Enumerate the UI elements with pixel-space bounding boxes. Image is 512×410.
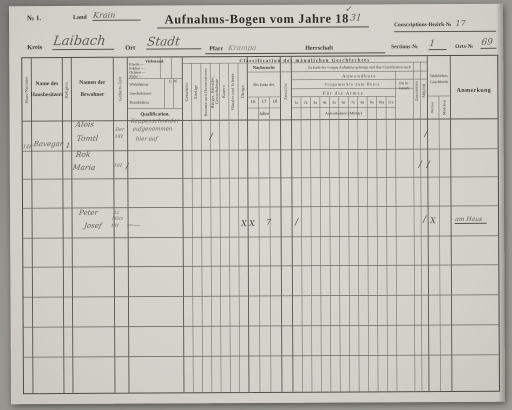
class-col-officials: Beamte und Honoratioren xyxy=(201,63,211,120)
nachwuchs-year-18: 18 xyxy=(269,100,280,105)
entry2-right-x: X xyxy=(430,216,436,225)
incurable-column: Bis In-kurante xyxy=(395,71,413,101)
kreis-value-handwritten: Laibach xyxy=(52,34,116,50)
entry2-seven-mark: 7 xyxy=(266,218,271,227)
land-label: Land xyxy=(73,15,87,21)
abgang-column: Abgang xyxy=(420,62,427,119)
kreis-label: Kreis xyxy=(27,44,42,51)
class-col-burghers: Bürger, Künstler, Gewerbsleute xyxy=(210,63,220,120)
nachwuchs-year-16: 16 xyxy=(247,100,258,105)
entry2-birth-line3: 181 xyxy=(111,223,120,228)
female-box-title: Weibliches Geschlecht xyxy=(428,64,449,94)
entry2-birth-line1: 12 xyxy=(114,210,120,215)
ort-label: Ort xyxy=(125,45,135,52)
zuwachs-column: Zuwachs xyxy=(280,63,291,120)
entry1-inhabitant-4: Maria xyxy=(72,163,96,172)
entry1-inhabitant-2: Tomtl xyxy=(76,134,99,143)
entry1-maria-tally-1: / xyxy=(419,160,422,170)
form-title: Aufnahms-Bogen vom Jahre 18 xyxy=(165,11,349,27)
scanned-form-sheet: № 1. Land Krain ✓ Aufnahms-Bogen vom Jah… xyxy=(9,4,505,405)
class-col-others: Übrige xyxy=(238,63,248,120)
age-class-7a: 7a xyxy=(348,100,357,104)
entry1-birth-line1: Der xyxy=(115,128,124,133)
entry2-inhabitant-2: Josef xyxy=(84,222,102,230)
age-class-4a: 4a xyxy=(320,100,329,104)
entry1-birth-line3: 181 xyxy=(114,164,123,169)
pfarr-label: Pfarr xyxy=(209,46,223,52)
nachwuchs-unit: Jahre xyxy=(247,108,280,120)
entry1-owner-name: Bavegar xyxy=(33,140,63,148)
building-subcolumn-letters: G. W. xyxy=(164,79,182,83)
class-col-nobles: Adelige xyxy=(192,63,202,120)
nachwuchs-subtitle: Bis Ende des xyxy=(248,72,279,97)
column-header-religion: Religion xyxy=(62,58,71,121)
age-class-5a: 5a xyxy=(329,100,338,104)
age-class-11a: 11a xyxy=(386,100,395,104)
age-class-3a: 3a xyxy=(310,100,319,104)
section-value-handwritten: 1 xyxy=(429,39,448,50)
building-row-ruins: Brandstätten xyxy=(129,98,163,107)
entry1-inhabitant-3: Rok xyxy=(75,150,91,159)
entry2-birth-line2: März xyxy=(112,216,124,221)
entry2-right-slash: / xyxy=(423,215,426,225)
female-col-girls: Mädchen xyxy=(439,96,451,119)
column-header-inhabitants: Namen der Bewohner xyxy=(71,66,113,113)
entry1-qualification-3: hier auf xyxy=(135,137,158,143)
conscription-district-value: 17 xyxy=(456,19,466,28)
entry1-birth-line2: 181 xyxy=(114,135,123,140)
entry1-qualification-1: Kappenschneider xyxy=(130,118,179,124)
entry1-class-tally: / xyxy=(210,132,213,142)
entry2-slash-mark: / xyxy=(295,218,298,228)
age-class-10a: 10a xyxy=(377,100,386,104)
entry1-maria-tally-2: / xyxy=(427,160,430,170)
entry2-inhabitant-1: Peter xyxy=(79,209,99,217)
livestock-row-cows: Kühe — xyxy=(129,75,169,79)
ort-value-handwritten: Stadt xyxy=(146,34,203,49)
building-row-dwellings: Wohnhäuser xyxy=(129,80,163,89)
herrschaft-label: Herrschaft xyxy=(305,46,333,52)
age-class-2a: 2a xyxy=(301,100,310,104)
column-header-remark: Anmerkung xyxy=(450,62,497,119)
conscription-table: Haus-Nummer Name des Hausbesitzers Relig… xyxy=(21,55,500,394)
previous-census-bottom: Aufenthaltsort (Militär) xyxy=(291,107,395,120)
orts-number-label: Orts-№ xyxy=(455,44,473,50)
entry1-inhabitant-1: Alois xyxy=(75,120,95,129)
entry1-female-tally: / xyxy=(425,129,428,139)
entry2-x-mark-1: X xyxy=(241,219,247,228)
conscription-district-label: Conscriptions-Bezirk-№ xyxy=(394,22,451,28)
entry1-house-number: 148 xyxy=(22,144,32,150)
header-divider xyxy=(205,52,385,54)
building-row-lodgers: Inwohnhäuser xyxy=(129,89,163,98)
female-col-women: Weiber xyxy=(427,96,439,119)
column-header-birthdate: Geburts-Zeit xyxy=(113,58,127,121)
entry1-birth-tally: / xyxy=(126,162,129,171)
age-class-1a: 1a xyxy=(291,100,300,104)
entry2-x-mark-2: X xyxy=(249,219,255,228)
entry1-count: 1 xyxy=(65,142,70,150)
entry1-qualification-2: aufgenommen xyxy=(132,126,172,132)
form-number: № 1. xyxy=(27,14,41,22)
entry2-qualification-dash: — ⎯⎯⎯ xyxy=(127,222,139,230)
entry2-remark: am Haus xyxy=(455,216,488,224)
nachwuchs-title: Nachwuchs xyxy=(247,63,280,72)
year-value-handwritten: 31 xyxy=(349,13,362,23)
age-class-9a: 9a xyxy=(367,100,376,104)
orts-number-value-handwritten: 69 xyxy=(481,38,498,49)
pfarr-value-handwritten: Krampa xyxy=(228,44,279,52)
age-class-6a: 6a xyxy=(339,100,348,104)
nachwuchs-year-17: 17 xyxy=(258,100,269,105)
column-header-owner: Name des Hausbesitzers xyxy=(31,64,62,115)
age-class-8a: 8a xyxy=(358,100,367,104)
section-label: Sections-№ xyxy=(391,44,418,50)
class-col-cottagers: Häusler und Inleute xyxy=(229,63,239,120)
land-value-handwritten: Krain xyxy=(92,11,141,21)
